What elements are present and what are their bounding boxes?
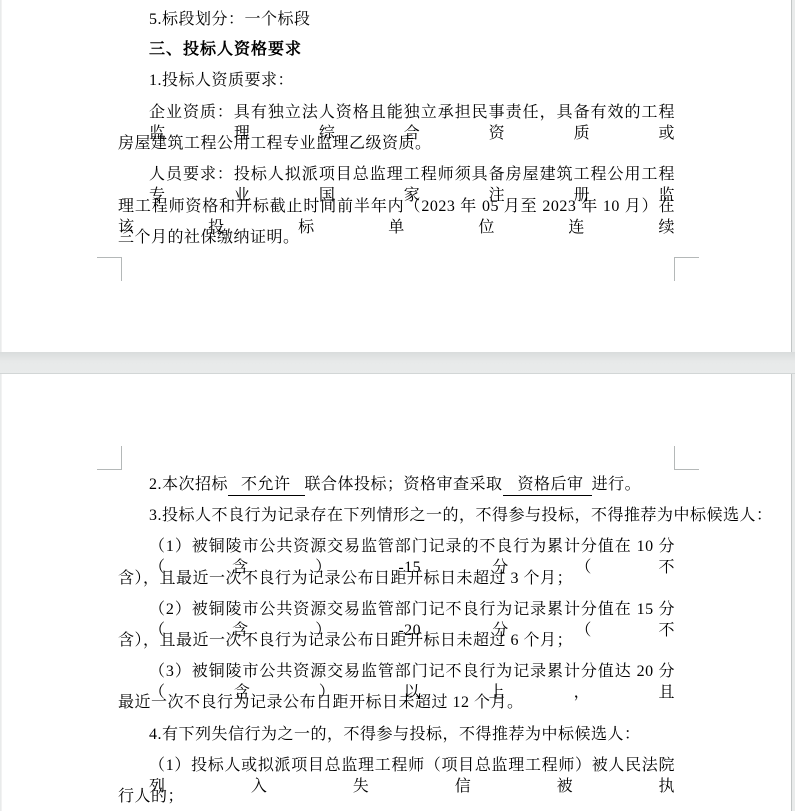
page-1[interactable]: 5.标段划分：一个标段 三、投标人资格要求 1.投标人资质要求： 企业资质：具有… [1, 0, 792, 352]
margin-mark-top-right-h [674, 469, 699, 470]
margin-mark-bottom-left-h [97, 257, 122, 258]
document-canvas: 5.标段划分：一个标段 三、投标人资格要求 1.投标人资质要求： 企业资质：具有… [0, 0, 795, 811]
blank-line-suffix: 进行。 [592, 476, 642, 493]
underlined-blank[interactable]: 不允许 [228, 474, 305, 496]
page-2[interactable]: 2.本次招标不允许联合体投标；资格审查采取资格后审进行。 3.投标人不良行为记录… [1, 374, 792, 811]
margin-mark-bottom-right-h [674, 257, 699, 258]
margin-mark-top-left-v [121, 446, 122, 470]
text-line[interactable]: 3.投标人不良行为记录存在下列情形之一的，不得参与投标，不得推荐为中标候选人： [149, 505, 773, 526]
text-line[interactable]: 行人的； [118, 786, 184, 807]
text-line[interactable]: 含），且最近一次不良行为记录公布日距开标日未超过 3 个月； [118, 568, 573, 589]
text-line[interactable]: （1）投标人或拟派项目总监理工程师（项目总监理工程师）被人民法院列入失信被执 [149, 755, 675, 797]
blank-line-mid: 联合体投标；资格审查采取 [305, 476, 503, 493]
text-line[interactable]: 2.本次招标不允许联合体投标；资格审查采取资格后审进行。 [149, 474, 641, 496]
page-gap [0, 352, 795, 374]
text-line[interactable]: 4.有下列失信行为之一的，不得参与投标，不得推荐为中标候选人： [149, 724, 641, 745]
margin-mark-top-left-h [97, 469, 122, 470]
text-line[interactable]: 最近一次不良行为记录公布日距开标日未超过 12 个月。 [118, 692, 524, 713]
text-line[interactable]: 含），且最近一次不良行为记录公布日距开标日未超过 6 个月； [118, 630, 573, 651]
section-heading[interactable]: 三、投标人资格要求 [149, 39, 302, 60]
text-line[interactable]: 三个月的社保缴纳证明。 [118, 227, 300, 248]
text-line[interactable]: 房屋建筑工程公用工程专业监理乙级资质。 [118, 133, 432, 154]
blank-line-prefix: 2.本次招标 [149, 476, 228, 493]
margin-mark-top-right-v [674, 446, 675, 470]
margin-mark-bottom-right-v [674, 257, 675, 281]
text-line[interactable]: 5.标段划分：一个标段 [149, 9, 311, 30]
underlined-blank[interactable]: 资格后审 [503, 474, 592, 496]
text-line[interactable]: 1.投标人资质要求： [149, 70, 294, 91]
margin-mark-bottom-left-v [121, 257, 122, 281]
